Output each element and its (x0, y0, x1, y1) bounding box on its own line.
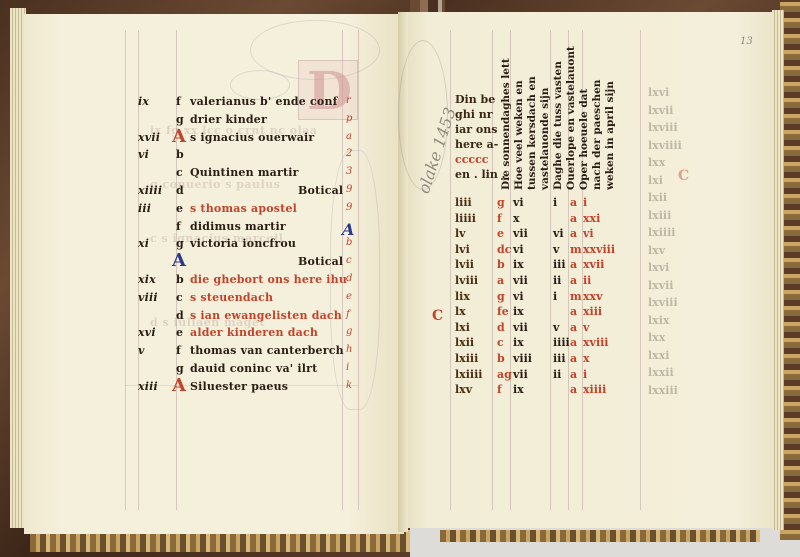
golden-number: xiii (138, 380, 168, 393)
table-cell: vi (513, 243, 524, 256)
table-cell: g (497, 196, 505, 209)
table-cell: dc (497, 243, 511, 256)
bleed-through-number: lxx (648, 331, 665, 344)
table-cell: g (497, 290, 505, 303)
bleed-through-number: lxvii (648, 104, 674, 117)
dominical-letter: g (176, 362, 190, 375)
table-cell: ii (553, 274, 561, 287)
margin-letter: h (346, 344, 352, 355)
saint-entry: s ian ewangelisten dach (190, 309, 342, 322)
bonifacius-entry: Botical (298, 255, 343, 268)
paragraph-mark-bleed: C (678, 168, 689, 184)
kalends-initial: A (172, 250, 186, 271)
vertical-heading: Hoe veel weken en (513, 60, 527, 190)
table-cell: vii (513, 274, 528, 287)
bleed-through-number: lxx (648, 156, 665, 169)
margin-letter: p (346, 113, 352, 124)
table-cell: v (553, 243, 559, 256)
table-cell: ix (513, 258, 524, 271)
dominical-letter: g (176, 113, 190, 126)
vertical-heading-text: Daghe die tuss vasten (552, 61, 564, 190)
bleed-through-number: lxiii (648, 209, 671, 222)
dominical-letter: c (176, 166, 190, 179)
vertical-heading: Oper hoeuele dat (578, 60, 592, 190)
table-cell: lvii (455, 258, 474, 271)
table-cell: xiii (583, 305, 602, 318)
saint-entry: dauid coninc va' ilrt (190, 362, 317, 375)
table-cell: vi (553, 227, 564, 240)
table-cell: lx (455, 305, 466, 318)
saint-entry: die ghebort ons here ihu (190, 273, 347, 286)
golden-number: xvi (138, 326, 168, 339)
table-cell: lix (455, 290, 470, 303)
table-cell: liiii (455, 212, 476, 225)
table-cell: ix (513, 383, 524, 396)
table-cell: fe (497, 305, 509, 318)
table-cell: i (553, 290, 557, 303)
saint-entry: drier kinder (190, 113, 267, 126)
table-cell: m (570, 243, 582, 256)
vertical-heading-text: nach der paeschen (591, 80, 603, 190)
table-cell: ix (513, 305, 524, 318)
vertical-heading: Ouerlope en vastelauont (565, 60, 579, 190)
bleed-through-number: lxix (648, 314, 669, 327)
table-cell: vii (513, 368, 528, 381)
dominical-letter: d (176, 309, 190, 322)
table-cell: iiii (553, 336, 570, 349)
table-cell: lxv (455, 383, 472, 396)
bleed-through-number: lxxi (648, 349, 669, 362)
table-cell: i (583, 196, 587, 209)
table-cell: lvi (455, 243, 470, 256)
bleed-through-number: lxv (648, 244, 665, 257)
paragraph-mark: C (432, 308, 443, 324)
ruling-line (125, 30, 126, 510)
golden-number: xix (138, 273, 168, 286)
table-cell: iii (553, 258, 566, 271)
table-cell: vii (513, 321, 528, 334)
table-cell: i (583, 368, 587, 381)
table-cell: liii (455, 196, 472, 209)
table-cell: a (570, 383, 577, 396)
bleed-through-number: lxxiii (648, 384, 678, 397)
vertical-heading: vastelauonde sijn (539, 60, 553, 190)
table-header-block: Din be ghi nr iar ons here a- ccccc en .… (455, 92, 506, 182)
margin-letter: a (346, 131, 352, 142)
dominical-letter: e (176, 326, 190, 339)
header-line: Din be (455, 92, 506, 107)
table-cell: d (497, 321, 505, 334)
vertical-heading: tussen kersdach en (526, 60, 540, 190)
table-cell: xviii (583, 336, 609, 349)
table-cell: vi (583, 227, 594, 240)
dominical-letter: f (176, 220, 190, 233)
saint-entry: thomas van canterberch (190, 344, 344, 357)
kalends-initial: A (172, 375, 186, 396)
table-cell: ii (553, 368, 561, 381)
table-cell: xiiii (583, 383, 606, 396)
table-cell: a (570, 227, 577, 240)
golden-number: xvii (138, 131, 168, 144)
table-cell: v (553, 321, 559, 334)
folio-number: 13 (740, 36, 753, 47)
header-line: here a- (455, 137, 506, 152)
initial-letter-sketch: D (298, 60, 358, 120)
vertical-heading-text: Ouerlope en vastelauont (565, 46, 577, 190)
golden-number: v (138, 344, 168, 357)
margin-letter: 2 (346, 148, 352, 159)
dominical-letter: d (176, 184, 190, 197)
header-line: en . lin . (455, 167, 506, 182)
saint-entry: valerianus b' ende conf (190, 95, 338, 108)
ruling-line (640, 30, 641, 510)
saint-entry: didimus martir (190, 220, 286, 233)
table-cell: a (570, 321, 577, 334)
bleed-through-number: lxvii (648, 279, 674, 292)
margin-letter: f (346, 309, 350, 320)
vertical-heading-text: Hoe veel weken en (513, 80, 525, 190)
table-cell: vi (513, 290, 524, 303)
table-cell: xxv (583, 290, 603, 303)
table-cell: lviii (455, 274, 478, 287)
table-cell: a (570, 274, 577, 287)
table-cell: a (497, 274, 504, 287)
bleed-through-number: lxvi (648, 261, 669, 274)
vertical-heading-text: weken in april sijn (604, 81, 616, 190)
vertical-heading-text: tussen kersdach en (526, 76, 538, 190)
table-cell: ii (583, 274, 591, 287)
saint-entry: s thomas apostel (190, 202, 297, 215)
bleed-through-number: lxi (648, 174, 663, 187)
saint-entry: Siluester paeus (190, 380, 288, 393)
table-cell: xxviii (583, 243, 615, 256)
golden-number: xi (138, 237, 168, 250)
table-cell: a (570, 336, 577, 349)
vertical-heading: Die sonnendaghes lett (500, 60, 514, 190)
bleed-through-number: lxviiii (648, 139, 682, 152)
gilt-edge-right (440, 530, 760, 542)
margin-letter: b (346, 237, 352, 248)
saint-entry: s ignacius ouerwair (190, 131, 314, 144)
dominical-letter: b (176, 148, 190, 161)
header-line: ghi nr (455, 107, 506, 122)
table-cell: viii (513, 352, 532, 365)
vertical-heading: weken in april sijn (604, 60, 618, 190)
table-cell: vii (513, 227, 528, 240)
margin-letter: e (346, 291, 352, 302)
vertical-heading-text: Oper hoeuele dat (578, 89, 590, 190)
vertical-heading-text: vastelauonde sijn (539, 88, 551, 190)
bleed-through-number: lxxii (648, 366, 674, 379)
margin-letter: 9 (346, 202, 352, 213)
table-cell: xvii (583, 258, 604, 271)
table-cell: e (497, 227, 504, 240)
margin-letter: g (346, 326, 352, 337)
margin-letter: c (346, 255, 352, 266)
bleed-through-number: lxviii (648, 121, 678, 134)
table-cell: f (497, 212, 502, 225)
table-cell: v (583, 321, 589, 334)
table-cell: lxiiii (455, 368, 482, 381)
bleed-through-number: lxvi (648, 86, 669, 99)
bleed-through-number: lxiiii (648, 226, 675, 239)
table-cell: b (497, 352, 505, 365)
dominical-letter: f (176, 95, 190, 108)
golden-number: xiiii (138, 184, 168, 197)
header-line: iar ons (455, 122, 506, 137)
golden-number: ix (138, 95, 168, 108)
table-cell: lxi (455, 321, 470, 334)
table-cell: x (513, 212, 520, 225)
table-cell: c (497, 336, 504, 349)
margin-letter: 3 (346, 166, 352, 177)
kalends-initial: A (172, 126, 186, 147)
golden-number: viii (138, 291, 168, 304)
margin-letter: A (342, 220, 354, 239)
vertical-heading: nach der paeschen (591, 60, 605, 190)
saint-entry: Quintinen martir (190, 166, 299, 179)
margin-letter: 9 (346, 184, 352, 195)
saint-entry: alder kinderen dach (190, 326, 318, 339)
table-cell: xxi (583, 212, 600, 225)
dominical-letter: e (176, 202, 190, 215)
dominical-letter: g (176, 237, 190, 250)
table-cell: i (553, 196, 557, 209)
table-cell: lv (455, 227, 466, 240)
table-cell: a (570, 368, 577, 381)
table-cell: a (570, 212, 577, 225)
dominical-letter: f (176, 344, 190, 357)
margin-letter: r (346, 95, 351, 106)
golden-number: iii (138, 202, 168, 215)
table-cell: lxiii (455, 352, 478, 365)
table-cell: x (583, 352, 590, 365)
golden-number: vi (138, 148, 168, 161)
table-cell: lxii (455, 336, 474, 349)
table-cell: ix (513, 336, 524, 349)
table-cell: a (570, 258, 577, 271)
header-line: ccccc (455, 152, 506, 167)
table-cell: a (570, 352, 577, 365)
saint-entry: victoria ioncfrou (190, 237, 296, 250)
table-cell: m (570, 290, 582, 303)
table-cell: a (570, 196, 577, 209)
bonifacius-entry: Botical (298, 184, 343, 197)
table-cell: f (497, 383, 502, 396)
margin-letter: i (346, 362, 349, 373)
table-cell: b (497, 258, 505, 271)
ruling-line (450, 30, 451, 510)
bleed-through-number: lxii (648, 191, 667, 204)
margin-letter: d (346, 273, 352, 284)
table-cell: iii (553, 352, 566, 365)
dominical-letter: c (176, 291, 190, 304)
vertical-heading: Daghe die tuss vasten (552, 60, 566, 190)
table-cell: a (570, 305, 577, 318)
bleed-through-text: g conuerio s paulus (150, 178, 280, 191)
vertical-heading-text: Die sonnendaghes lett (500, 58, 512, 190)
manuscript-scene: D ix fg xx lcc o crnt nc olaa g conuerio… (0, 0, 800, 557)
dominical-letter: b (176, 273, 190, 286)
table-cell: ag (497, 368, 512, 381)
bleed-through-number: lxviii (648, 296, 678, 309)
saint-entry: s steuendach (190, 291, 273, 304)
table-cell: vi (513, 196, 524, 209)
margin-letter: k (346, 380, 352, 391)
